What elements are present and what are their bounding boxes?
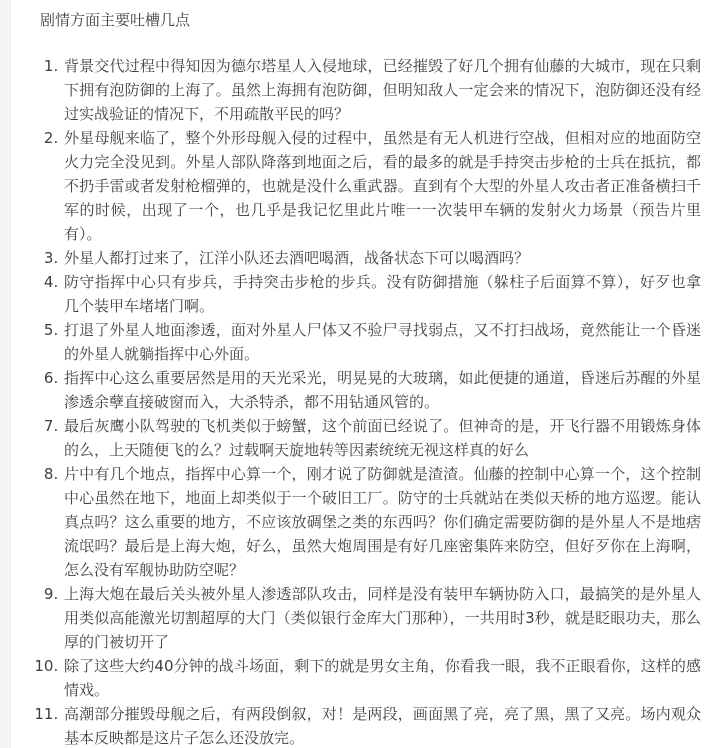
list-item: 背景交代过程中得知因为德尔塔星人入侵地球，已经摧毁了好几个拥有仙藤的大城市，现在… bbox=[63, 54, 701, 126]
list-item: 外星母舰来临了，整个外形母舰入侵的过程中，虽然是有无人机进行空战，但相对应的地面… bbox=[63, 126, 701, 246]
left-gutter bbox=[0, 0, 11, 748]
list-item: 指挥中心这么重要居然是用的天光采光，明晃晃的大玻璃，如此便捷的通道，昏迷后苏醒的… bbox=[63, 366, 701, 414]
list-item: 片中有几个地点，指挥中心算一个，刚才说了防御就是渣渣。仙藤的控制中心算一个，这个… bbox=[63, 462, 701, 582]
list-item: 打退了外星人地面渗透，面对外星人尸体又不验尸寻找弱点，又不打扫战场，竟然能让一个… bbox=[63, 318, 701, 366]
complaints-list: 背景交代过程中得知因为德尔塔星人入侵地球，已经摧毁了好几个拥有仙藤的大城市，现在… bbox=[40, 54, 701, 748]
list-item: 除了这些大约40分钟的战斗场面，剩下的就是男女主角，你看我一眼，我不正眼看你，这… bbox=[63, 654, 701, 702]
list-item: 外星人都打过来了，江洋小队还去酒吧喝酒，战备状态下可以喝酒吗？ bbox=[63, 246, 701, 270]
list-item: 高潮部分摧毁母舰之后，有两段倒叙，对！是两段，画面黑了亮，亮了黑，黑了又亮。场内… bbox=[63, 702, 701, 748]
page-title: 剧情方面主要吐槽几点 bbox=[40, 8, 701, 32]
post-body: 剧情方面主要吐槽几点 背景交代过程中得知因为德尔塔星人入侵地球，已经摧毁了好几个… bbox=[11, 0, 711, 748]
list-item: 防守指挥中心只有步兵，手持突击步枪的步兵。没有防御措施（躲柱子后面算不算），好歹… bbox=[63, 270, 701, 318]
list-item: 最后灰鹰小队驾驶的飞机类似于螃蟹，这个前面已经说了。但神奇的是，开飞行器不用锻炼… bbox=[63, 414, 701, 462]
list-item: 上海大炮在最后关头被外星人渗透部队攻击，同样是没有装甲车辆协防入口，最搞笑的是外… bbox=[63, 582, 701, 654]
